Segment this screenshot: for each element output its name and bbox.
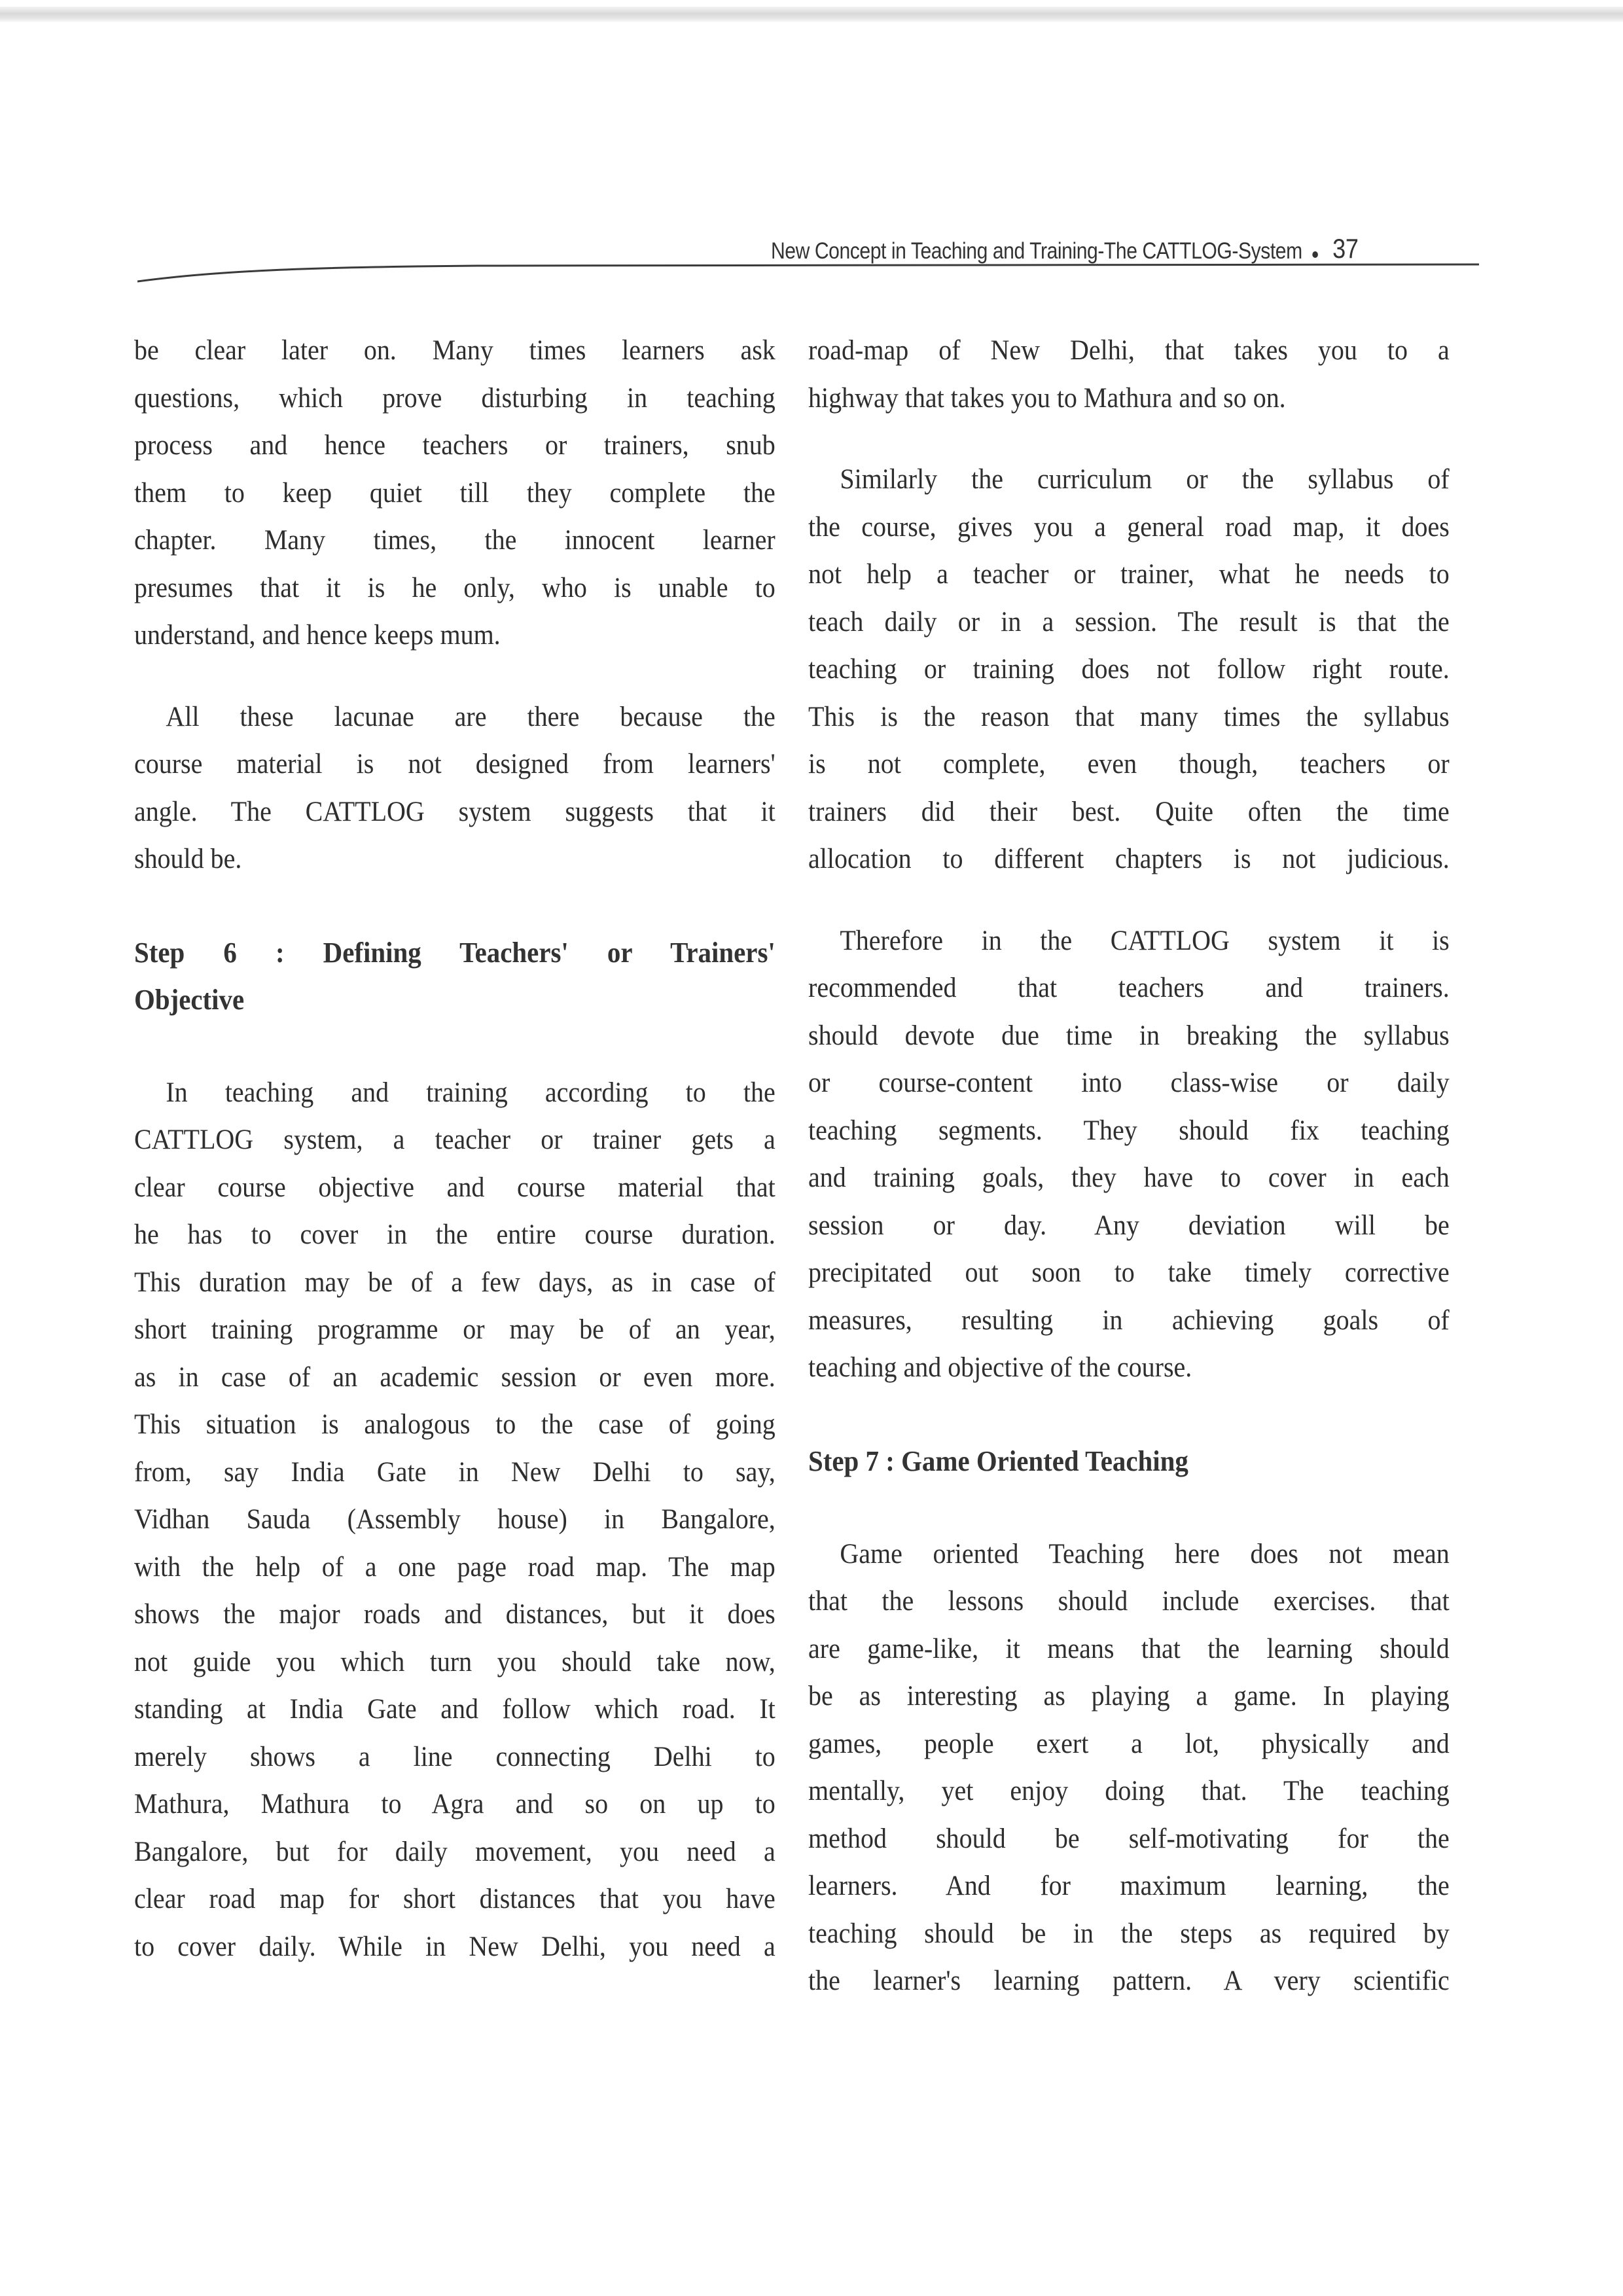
paragraph: be clear later on. Many times learners a… — [134, 327, 776, 660]
text-line: highway that takes you to Mathura and so… — [808, 375, 1450, 423]
text-line: with the help of a one page road map. Th… — [134, 1544, 776, 1592]
text-line: should be. — [134, 836, 776, 884]
text-line: recommended that teachers and trainers. — [808, 965, 1450, 1013]
text-line: questions, which prove disturbing in tea… — [134, 375, 776, 423]
text-line: short training programme or may be of an… — [134, 1306, 776, 1354]
text-line: teach daily or in a session. The result … — [808, 599, 1450, 647]
text-line: not guide you which turn you should take… — [134, 1639, 776, 1687]
text-line: learners. And for maximum learning, the — [808, 1863, 1450, 1910]
text-line: the learner's learning pattern. A very s… — [808, 1958, 1450, 2005]
paragraph: In teaching and training according to th… — [134, 1069, 776, 1971]
text-line: is not complete, even though, teachers o… — [808, 741, 1450, 789]
paragraph: road-map of New Delhi, that takes you to… — [808, 327, 1450, 422]
text-line: Mathura, Mathura to Agra and so on up to — [134, 1781, 776, 1829]
text-line: be as interesting as playing a game. In … — [808, 1673, 1450, 1721]
text-line: or course-content into class-wise or dai… — [808, 1060, 1450, 1107]
text-line: standing at India Gate and follow which … — [134, 1686, 776, 1734]
text-line: he has to cover in the entire course dur… — [134, 1211, 776, 1259]
text-line: trainers did their best. Quite often the… — [808, 789, 1450, 836]
text-line: road-map of New Delhi, that takes you to… — [808, 327, 1450, 375]
paragraph: All these lacunae are there because the … — [134, 694, 776, 884]
running-header: New Concept in Teaching and Training-The… — [771, 219, 1379, 264]
section-heading-step-6: Step 6 : Defining Teachers' or Trainers'… — [134, 929, 776, 1024]
section-heading-step-7: Step 7 : Game Oriented Teaching — [808, 1438, 1450, 1485]
paragraph: Game oriented Teaching here does not mea… — [808, 1531, 1450, 2005]
text-line: session or day. Any deviation will be — [808, 1202, 1450, 1250]
text-line: Bangalore, but for daily movement, you n… — [134, 1829, 776, 1876]
text-line: CATTLOG system, a teacher or trainer get… — [134, 1117, 776, 1164]
text-line: games, people exert a lot, physically an… — [808, 1721, 1450, 1768]
left-column: be clear later on. Many times learners a… — [134, 327, 776, 1971]
bullet-separator-icon — [1312, 251, 1318, 258]
text-line: Similarly the curriculum or the syllabus… — [808, 456, 1450, 504]
text-line: mentally, yet enjoy doing that. The teac… — [808, 1768, 1450, 1816]
text-line: to cover daily. While in New Delhi, you … — [134, 1924, 776, 1971]
text-line: teaching and objective of the course. — [808, 1344, 1450, 1392]
paragraph: Therefore in the CATTLOG system it is re… — [808, 918, 1450, 1392]
text-line: and training goals, they have to cover i… — [808, 1155, 1450, 1202]
text-line: angle. The CATTLOG system suggests that … — [134, 789, 776, 836]
text-line: teaching should be in the steps as requi… — [808, 1910, 1450, 1958]
text-line: teaching or training does not follow rig… — [808, 646, 1450, 694]
text-line: This situation is analogous to the case … — [134, 1401, 776, 1449]
text-line: should devote due time in breaking the s… — [808, 1013, 1450, 1060]
text-line: presumes that it is he only, who is unab… — [134, 565, 776, 613]
text-line: method should be self-motivating for the — [808, 1816, 1450, 1863]
text-line: allocation to different chapters is not … — [808, 836, 1450, 884]
running-title: New Concept in Teaching and Training-The… — [771, 238, 1302, 264]
text-line: Game oriented Teaching here does not mea… — [808, 1531, 1450, 1579]
text-line: clear course objective and course materi… — [134, 1164, 776, 1212]
text-line: This is the reason that many times the s… — [808, 694, 1450, 742]
heading-line: Step 6 : Defining Teachers' or Trainers' — [134, 929, 776, 977]
text-line: are game-like, it means that the learnin… — [808, 1626, 1450, 1674]
text-line: clear road map for short distances that … — [134, 1876, 776, 1924]
text-line: merely shows a line connecting Delhi to — [134, 1734, 776, 1782]
text-line: chapter. Many times, the innocent learne… — [134, 517, 776, 565]
text-line: not help a teacher or trainer, what he n… — [808, 551, 1450, 599]
text-line: In teaching and training according to th… — [134, 1069, 776, 1117]
heading-line: Objective — [134, 977, 730, 1024]
text-line: Vidhan Sauda (Assembly house) in Bangalo… — [134, 1496, 776, 1544]
text-line: shows the major roads and distances, but… — [134, 1591, 776, 1639]
paragraph: Similarly the curriculum or the syllabus… — [808, 456, 1450, 884]
text-line: teaching segments. They should fix teach… — [808, 1107, 1450, 1155]
text-line: Therefore in the CATTLOG system it is — [808, 918, 1450, 965]
scan-edge-shadow — [0, 7, 1623, 22]
text-line: measures, resulting in achieving goals o… — [808, 1297, 1450, 1345]
text-line: understand, and hence keeps mum. — [134, 612, 776, 660]
text-line: that the lessons should include exercise… — [808, 1578, 1450, 1626]
page-number: 37 — [1332, 233, 1358, 264]
text-line: precipitated out soon to take timely cor… — [808, 1249, 1450, 1297]
right-column: road-map of New Delhi, that takes you to… — [808, 327, 1450, 2005]
text-line: as in case of an academic session or eve… — [134, 1354, 776, 1402]
heading-line: Step 7 : Game Oriented Teaching — [808, 1438, 1404, 1485]
text-line: course material is not designed from lea… — [134, 741, 776, 789]
text-line: from, say India Gate in New Delhi to say… — [134, 1449, 776, 1497]
text-line: This duration may be of a few days, as i… — [134, 1259, 776, 1307]
text-line: them to keep quiet till they complete th… — [134, 470, 776, 518]
text-line: be clear later on. Many times learners a… — [134, 327, 776, 375]
text-line: process and hence teachers or trainers, … — [134, 422, 776, 470]
text-line: All these lacunae are there because the — [134, 694, 776, 742]
text-line: the course, gives you a general road map… — [808, 504, 1450, 552]
